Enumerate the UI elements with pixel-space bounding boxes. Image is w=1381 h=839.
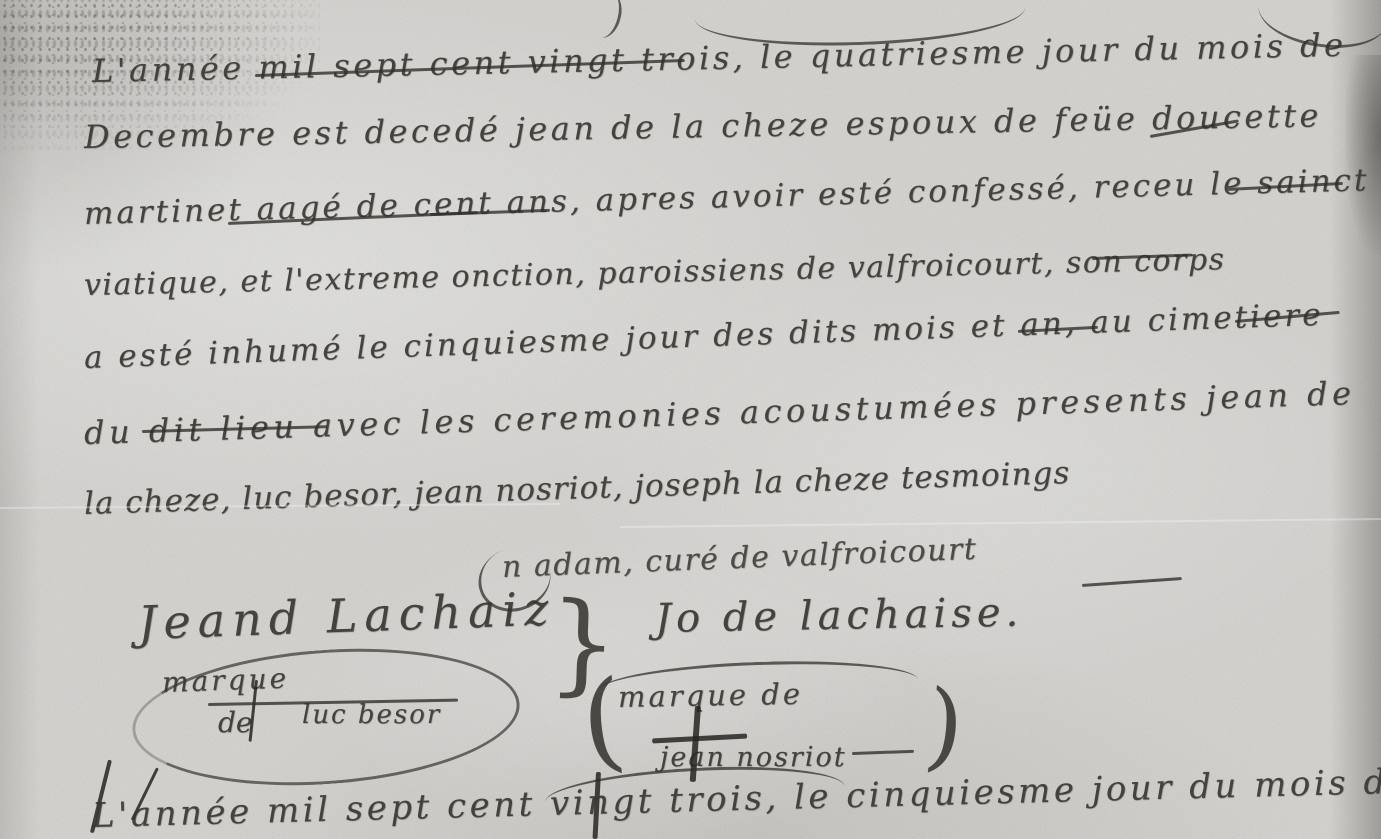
signature-joseph-de-la-chaise: Jo de lachaise. xyxy=(655,590,1024,642)
cure-closing-line: n adam, curé de valfroicourt xyxy=(501,532,978,585)
marque-luc-de: de xyxy=(218,706,253,739)
marque-jean-label: marque de xyxy=(618,677,804,714)
record-line-4: viatique, et l'extreme onction, paroissi… xyxy=(84,242,1226,303)
paper-crease xyxy=(620,518,1381,528)
flourish-stroke xyxy=(587,0,626,41)
marque-luc-name: luc besor xyxy=(302,700,441,730)
pen-dash xyxy=(1082,577,1182,587)
paper-speckle-corner xyxy=(0,0,320,150)
record-line-7: la cheze, luc besor, jean nosriot, josep… xyxy=(83,455,1070,522)
enclosure-paren-right: ) xyxy=(921,676,968,775)
manuscript-page: L'année mil sept cent vingt trois, le qu… xyxy=(0,0,1381,839)
flourish-brace: } xyxy=(546,587,620,699)
page-edge-shadow xyxy=(1345,55,1381,255)
record-line-6: du dit lieu avec les ceremonies acoustum… xyxy=(83,374,1356,452)
marque-luc-word: marque xyxy=(161,662,289,699)
pen-dash xyxy=(852,750,914,755)
record-line-5: a esté inhumé le cinquiesme jour des dit… xyxy=(83,297,1324,376)
